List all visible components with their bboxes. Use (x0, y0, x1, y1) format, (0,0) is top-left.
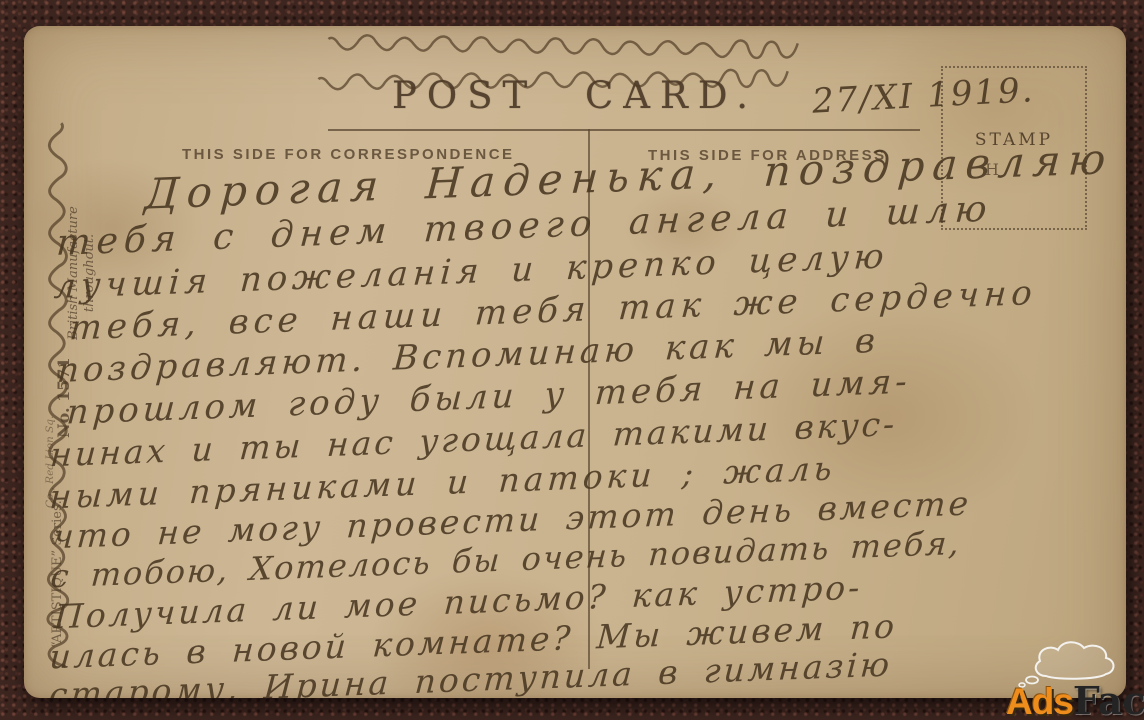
watermark: AdsFactory (1006, 678, 1144, 720)
watermark-factory-text: Factory (1073, 678, 1144, 720)
watermark-ads-text: Ads (1006, 681, 1073, 720)
postcard: POST CARD. THIS SIDE FOR CORRESPONDENCE … (24, 26, 1126, 698)
handwritten-message: Дорогая Наденька, поздравляю тебя с днем… (24, 26, 1126, 698)
